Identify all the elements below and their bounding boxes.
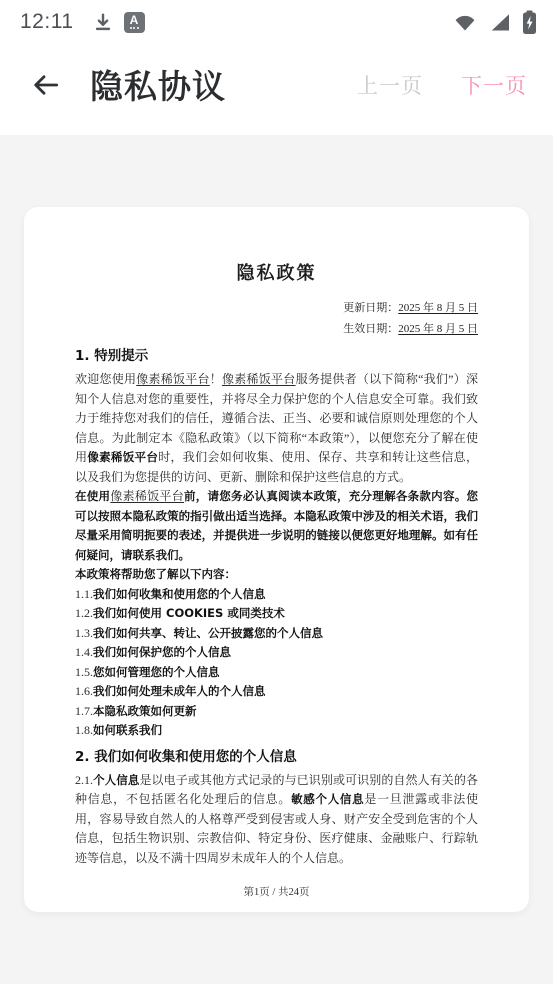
document-viewport[interactable]: 隐私政策 更新日期：2025 年 8 月 5 日 生效日期：2025 年 8 月… bbox=[0, 135, 553, 984]
doc-toc-item: 1.3.我们如何共享、转让、公开披露您的个人信息 bbox=[75, 624, 478, 644]
doc-toc-item: 1.7.本隐私政策如何更新 bbox=[75, 702, 478, 722]
document-page-card: 隐私政策 更新日期：2025 年 8 月 5 日 生效日期：2025 年 8 月… bbox=[24, 207, 529, 912]
download-icon bbox=[92, 11, 114, 33]
doc-link[interactable]: 像素稀饭平台 bbox=[222, 372, 296, 386]
effective-date-line: 生效日期：2025 年 8 月 5 日 bbox=[75, 319, 478, 340]
app-screen: 12:11 A bbox=[0, 0, 553, 984]
doc-section-heading: 1. 特别提示 bbox=[75, 346, 478, 366]
back-button[interactable] bbox=[28, 67, 64, 103]
prev-page-button[interactable]: 上一页 bbox=[357, 70, 423, 100]
doc-section-heading: 2. 我们如何收集和使用您的个人信息 bbox=[75, 747, 478, 767]
ime-a-icon: A bbox=[124, 12, 145, 33]
update-date-value: 2025 年 8 月 5 日 bbox=[398, 302, 478, 314]
document-title: 隐私政策 bbox=[75, 263, 478, 285]
battery-charging-icon bbox=[522, 9, 537, 35]
doc-toc-item: 1.8.如何联系我们 bbox=[75, 721, 478, 741]
update-date-label: 更新日期： bbox=[343, 302, 398, 314]
page-title: 隐私协议 bbox=[90, 61, 226, 108]
doc-toc-item: 1.5.您如何管理您的个人信息 bbox=[75, 663, 478, 683]
doc-toc-item: 1.1.我们如何收集和使用您的个人信息 bbox=[75, 585, 478, 605]
status-bar: 12:11 A bbox=[0, 0, 553, 40]
doc-toc-item: 1.6.我们如何处理未成年人的个人信息 bbox=[75, 682, 478, 702]
doc-toc-item: 1.4.我们如何保护您的个人信息 bbox=[75, 643, 478, 663]
document-meta: 更新日期：2025 年 8 月 5 日 生效日期：2025 年 8 月 5 日 bbox=[75, 298, 478, 340]
doc-toc-item: 1.2.我们如何使用 COOKIES 或同类技术 bbox=[75, 604, 478, 624]
document-content: 1. 特别提示欢迎您使用像素稀饭平台！像素稀饭平台服务提供者（以下简称“我们”）… bbox=[75, 346, 478, 868]
doc-link[interactable]: 像素稀饭平台 bbox=[136, 372, 210, 386]
update-date-line: 更新日期：2025 年 8 月 5 日 bbox=[75, 298, 478, 319]
next-page-button[interactable]: 下一页 bbox=[461, 70, 527, 100]
doc-paragraph: 本政策将帮助您了解以下内容： bbox=[75, 565, 478, 585]
arrow-left-icon bbox=[30, 69, 62, 101]
wifi-icon bbox=[452, 11, 478, 33]
page-indicator: 第1页 / 共24页 bbox=[75, 883, 478, 903]
cellular-signal-icon bbox=[488, 11, 512, 33]
doc-paragraph: 2.1.个人信息是以电子或其他方式记录的与已识别或可识别的自然人有关的各种信息，… bbox=[75, 771, 478, 869]
doc-paragraph: 欢迎您使用像素稀饭平台！像素稀饭平台服务提供者（以下简称“我们”）深知个人信息对… bbox=[75, 370, 478, 487]
doc-paragraph: 在使用像素稀饭平台前，请您务必认真阅读本政策，充分理解各条款内容。您可以按照本隐… bbox=[75, 487, 478, 565]
app-header: 隐私协议 上一页 下一页 bbox=[0, 40, 553, 135]
doc-link[interactable]: 像素稀饭平台 bbox=[110, 489, 184, 503]
effective-date-label: 生效日期： bbox=[343, 323, 398, 335]
effective-date-value: 2025 年 8 月 5 日 bbox=[398, 323, 478, 335]
status-time: 12:11 bbox=[20, 10, 74, 34]
